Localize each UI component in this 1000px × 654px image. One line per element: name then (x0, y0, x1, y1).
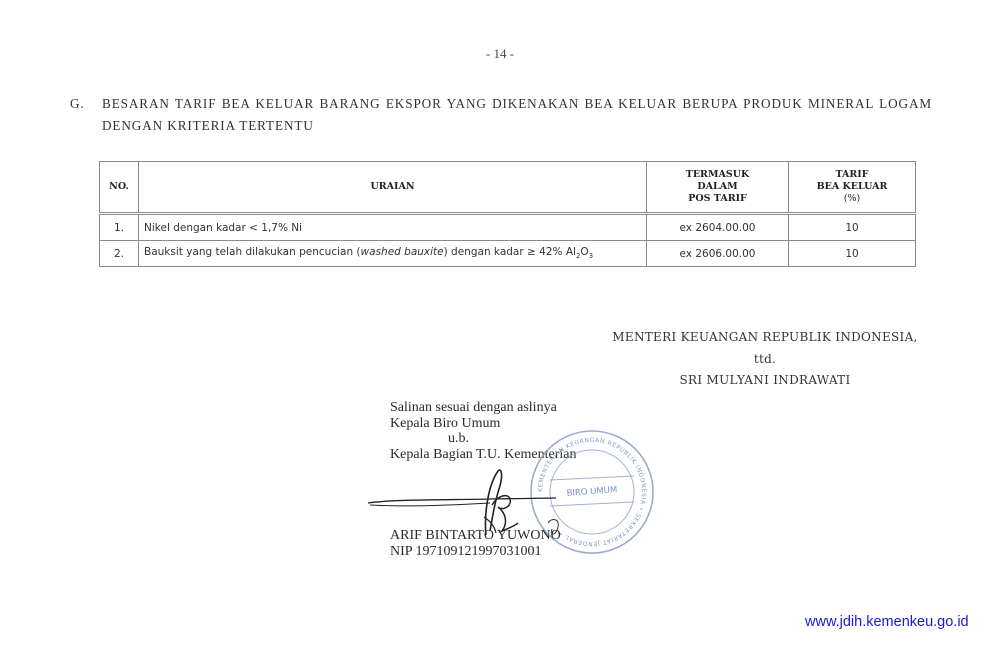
row-uraian: Nikel dengan kadar < 1,7% Ni (139, 214, 647, 241)
header-no: NO. (100, 162, 139, 214)
header-tarif-line2: BEA KELUAR (794, 181, 910, 193)
row-tarif: 10 (789, 241, 916, 267)
header-uraian: URAIAN (139, 162, 647, 214)
table-row: 1. Nikel dengan kadar < 1,7% Ni ex 2604.… (100, 214, 916, 241)
signer-nip: NIP 197109121997031001 (390, 544, 561, 560)
uraian-italic: washed bauxite (361, 246, 444, 258)
uraian-text: ) dengan kadar ≥ 42% Al (444, 246, 576, 258)
row-pos-tarif: ex 2604.00.00 (647, 214, 789, 241)
uraian-text: O (580, 246, 588, 258)
header-pos-line1: TERMASUK (652, 169, 783, 181)
header-pos-line3: POS TARIF (652, 193, 783, 205)
table-header-row: NO. URAIAN TERMASUK DALAM POS TARIF TARI… (100, 162, 916, 214)
row-no: 1. (100, 214, 139, 241)
signer-block: ARIF BINTARTO YUWONO NIP 197109121997031… (390, 528, 561, 559)
minister-block: MENTERI KEUANGAN REPUBLIK INDONESIA, ttd… (600, 327, 930, 392)
footer-url-link[interactable]: www.jdih.kemenkeu.go.id (805, 614, 969, 630)
row-pos-tarif: ex 2606.00.00 (647, 241, 789, 267)
signer-name: ARIF BINTARTO YUWONO (390, 528, 561, 544)
subscript: 3 (589, 253, 593, 261)
minister-ttd: ttd. (600, 349, 930, 371)
row-tarif: 10 (789, 214, 916, 241)
section-letter: G. (70, 93, 85, 115)
stamp-center-text: BIRO UMUM (566, 485, 617, 499)
row-uraian: Bauksit yang telah dilakukan pencucian (… (139, 241, 647, 267)
page-number: - 14 - (0, 46, 1000, 62)
row-no: 2. (100, 241, 139, 267)
header-pos-tarif: TERMASUK DALAM POS TARIF (647, 162, 789, 214)
copy-line1: Salinan sesuai dengan aslinya (390, 400, 576, 416)
section-title-line2: DENGAN KRITERIA TERTENTU (102, 115, 314, 137)
tariff-table: NO. URAIAN TERMASUK DALAM POS TARIF TARI… (99, 161, 916, 267)
minister-title: MENTERI KEUANGAN REPUBLIK INDONESIA, (600, 327, 930, 349)
section-title-line1: BESARAN TARIF BEA KELUAR BARANG EKSPOR Y… (102, 93, 932, 115)
table-row: 2. Bauksit yang telah dilakukan pencucia… (100, 241, 916, 267)
header-tarif-line1: TARIF (794, 169, 910, 181)
minister-name: SRI MULYANI INDRAWATI (600, 370, 930, 392)
header-tarif-line3: (%) (794, 193, 910, 205)
uraian-text: Bauksit yang telah dilakukan pencucian ( (144, 246, 361, 258)
header-pos-line2: DALAM (652, 181, 783, 193)
header-tarif: TARIF BEA KELUAR (%) (789, 162, 916, 214)
